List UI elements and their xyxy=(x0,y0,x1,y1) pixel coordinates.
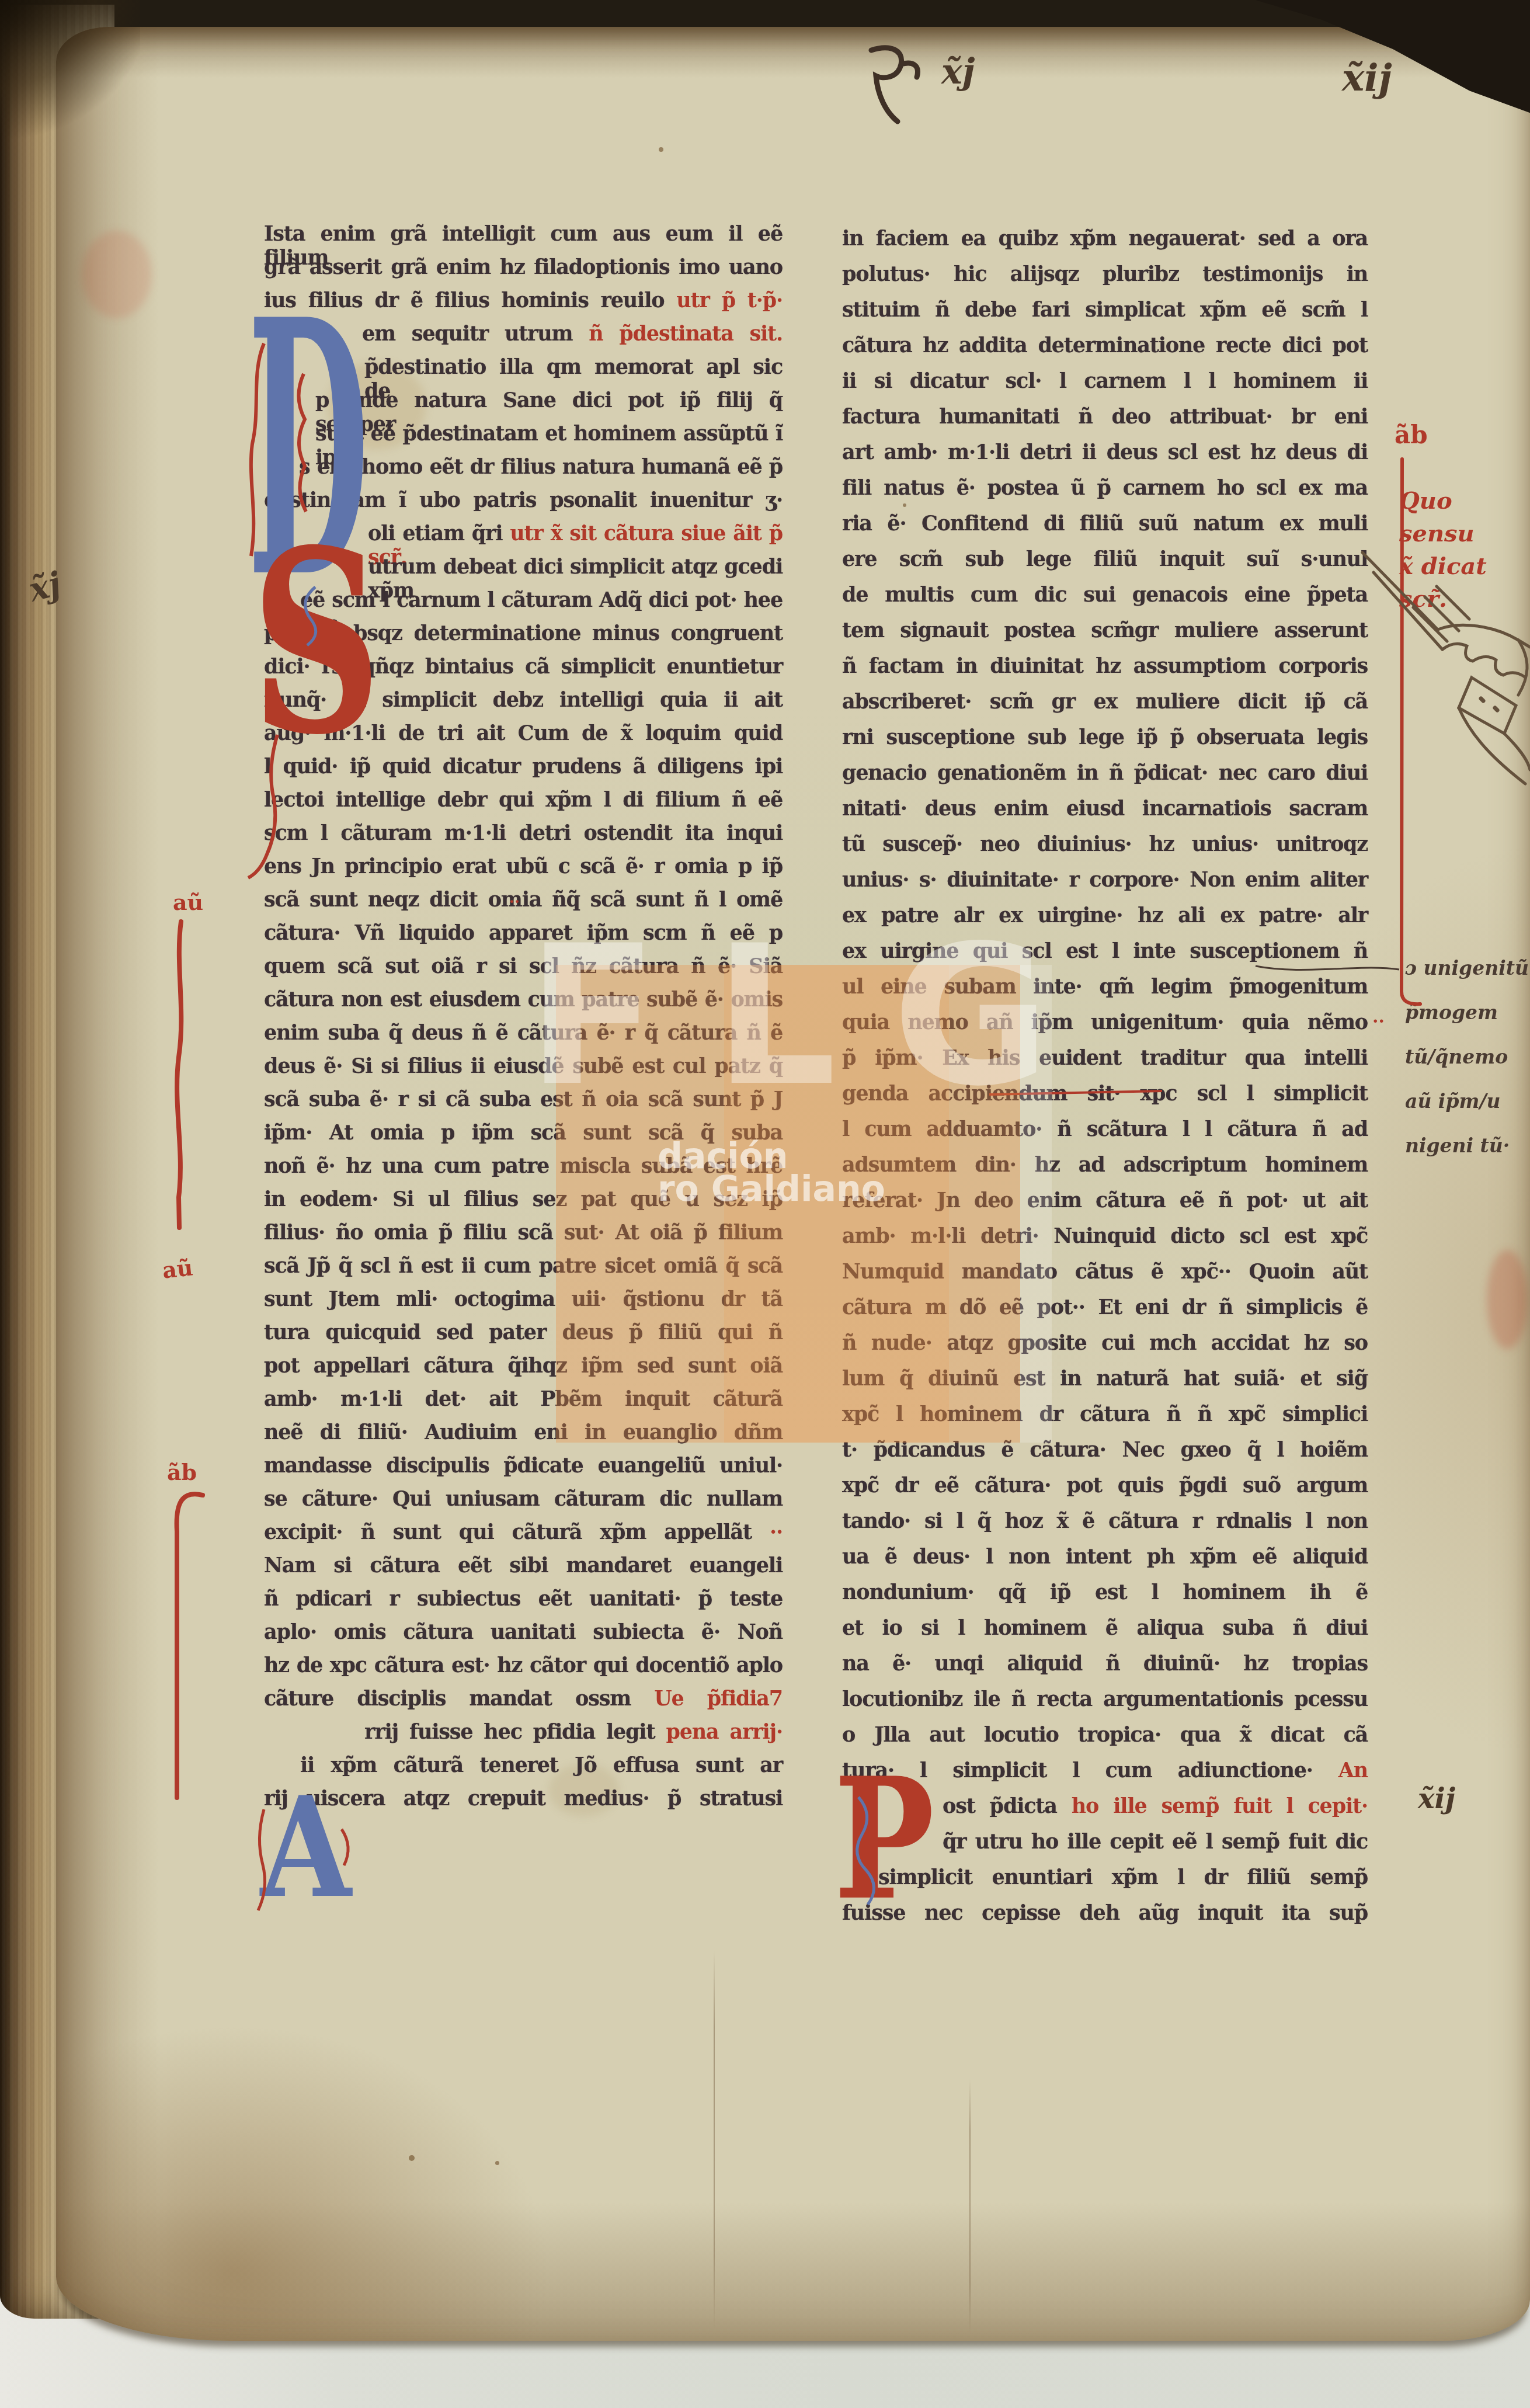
manuscript-line: ua ẽ deus· l non intent ph xp̃m eẽ aliqu… xyxy=(842,1545,1368,1580)
initial-S-red: S xyxy=(251,550,382,736)
body-text: tem signauit postea scm̃gr muliere asser… xyxy=(842,618,1368,642)
body-text: rni susceptione sub lege ip̃ p̃ obseruat… xyxy=(842,725,1368,749)
manuscript-line: mandasse discipulis p̃dicate euangeliũ u… xyxy=(264,1454,783,1487)
body-text: art amb· m·1·li detri ii deus scl est hz… xyxy=(842,440,1368,464)
manuscript-line: et io si l hominem ẽ aliqua suba ñ diui xyxy=(842,1616,1368,1652)
manuscript-photo: x̃j x̃ij x̃j x̃ij Ista enim grã intellig… xyxy=(0,0,1530,2408)
insertion-mark-red: ·· xyxy=(509,894,520,911)
body-text: q̃r utru ho ille cepit eẽ l semp̃ fuit d… xyxy=(943,1830,1368,1854)
margin-note-ab-right: ãb xyxy=(1395,421,1428,449)
red-edge-stain xyxy=(1487,1250,1528,1349)
body-text: rrij fuisse hec pfidia legit xyxy=(364,1720,666,1744)
manuscript-line: excipit· ñ sunt qui cãturã xp̃m appellãt… xyxy=(264,1520,783,1554)
manuscript-line: ñ pdicari r subiectus eẽt uanitati· p̃ t… xyxy=(264,1587,783,1620)
body-text: et io si l hominem ẽ aliqua suba ñ diui xyxy=(842,1616,1368,1640)
body-text: ñ factam in diuinitat hz assumptiom corp… xyxy=(842,654,1368,678)
manuscript-line: unius· s· diuinitate· r corpore· Non eni… xyxy=(842,868,1368,904)
show-through-stain xyxy=(82,231,152,318)
body-text: tando· si l q̃ hoz x̃ ẽ cãtura r rdnalis… xyxy=(842,1509,1368,1533)
body-text: Nam si cãtura eẽt sibi mandaret euangeli xyxy=(264,1554,783,1577)
manuscript-line: cãture disciplis mandat ossm Ue p̃fidia7 xyxy=(264,1687,783,1720)
margin-note-au-2: aũ xyxy=(161,1254,194,1283)
body-text: unius· s· diuinitate· r corpore· Non eni… xyxy=(842,868,1368,892)
margin-note-ab-left: ãb xyxy=(167,1459,197,1485)
rubric-red-text: Ue p̃fidia7 xyxy=(654,1687,783,1711)
manuscript-line: art amb· m·1·li detri ii deus scl est hz… xyxy=(842,440,1368,476)
manuscript-line: p̃mogem xyxy=(1405,991,1529,1035)
rubric-red-text: An xyxy=(1338,1759,1368,1782)
rubric-red-text: ñ p̃destinata sit. xyxy=(589,322,783,346)
initial-P-red: P xyxy=(834,1778,934,1902)
parchment-crease xyxy=(969,2079,971,2333)
manuscript-line: se cãture· Qui uniusam cãturam dic nulla… xyxy=(264,1487,783,1520)
manuscript-line: de multis cum dic sui genacois eine p̃pe… xyxy=(842,583,1368,618)
manuscript-line: t· p̃dicandus ẽ cãtura· Nec gxeo q̃ l ho… xyxy=(842,1438,1368,1474)
margin-gloss-red: Quo sensux̃ dicatscr̃. xyxy=(1399,485,1530,616)
body-text: nitati· deus enim eiusd incarnatiois sac… xyxy=(842,797,1368,821)
watermark-caption-2: ro Galdiano xyxy=(658,1173,885,1205)
body-text: ost p̃dicta xyxy=(943,1794,1072,1818)
body-text: se cãture· Qui uniusam cãturam dic nulla… xyxy=(264,1487,783,1511)
watermark-letters: FLG xyxy=(527,941,1106,1092)
folio-number-top-right: x̃ij xyxy=(1342,56,1392,100)
manuscript-line: na ẽ· unqi aliquid ñ diuinũ· hz tropias xyxy=(842,1652,1368,1687)
body-text: em sequitr utrum xyxy=(362,322,589,346)
body-text: ria ẽ· Confitend di filiũ suũ natum ex m… xyxy=(842,512,1368,536)
manuscript-line: Nam si cãtura eẽt sibi mandaret euangeli xyxy=(264,1554,783,1587)
manuscript-line: rrij fuisse hec pfidia legit pena arrij· xyxy=(264,1720,783,1753)
watermark-caption-1: dación xyxy=(658,1140,788,1173)
body-text: tũ suscep̃· neo diuinius· hz unius· unit… xyxy=(842,832,1368,856)
manuscript-line: Quo sensu xyxy=(1399,485,1530,550)
rubric-red-text: ·· xyxy=(770,1520,783,1544)
manuscript-line: ria ẽ· Confitend di filiũ suũ natum ex m… xyxy=(842,512,1368,547)
body-text: locutionibz ile ñ recta argumentationis … xyxy=(842,1687,1368,1711)
manuscript-line: aũ ip̃m/u xyxy=(1405,1079,1529,1124)
manuscript-line: xpc̃ dr eẽ cãtura· pot quis p̃gdi suõ ar… xyxy=(842,1474,1368,1509)
manuscript-line: rni susceptione sub lege ip̃ p̃ obseruat… xyxy=(842,725,1368,761)
body-text: scm l cãturam m·1·li detri ostendit ita … xyxy=(264,821,783,845)
manuscript-line: lectoi intellige debr qui xp̃m l di fili… xyxy=(264,788,783,821)
body-text: genacio genationẽm in ñ p̃dicat· nec car… xyxy=(842,761,1368,785)
body-text: aplo· omis cãtura uanitati subiecta ẽ· N… xyxy=(264,1620,783,1644)
body-text: lectoi intellige debr qui xp̃m l di fili… xyxy=(264,788,783,812)
body-text: ñ pdicari r subiectus eẽt uanitati· p̃ t… xyxy=(264,1587,783,1611)
manuscript-line: tũ suscep̃· neo diuinius· hz unius· unit… xyxy=(842,832,1368,868)
manuscript-line: scm l cãturam m·1·li detri ostendit ita … xyxy=(264,821,783,854)
body-text: ii si dicatur scl· l carnem l l hominem … xyxy=(842,369,1368,393)
manuscript-line: ere scm̃ sub lege filiũ inquit suĩ s·unu… xyxy=(842,547,1368,583)
manuscript-line: fili natus ẽ· postea ũ p̃ carnem ho scl … xyxy=(842,476,1368,512)
manuscript-line: tando· si l q̃ hoz x̃ ẽ cãtura r rdnalis… xyxy=(842,1509,1368,1545)
body-text: ens Jn principio erat ubũ c scã ẽ· r omi… xyxy=(264,854,783,878)
manuscript-line: ñ factam in diuinitat hz assumptiom corp… xyxy=(842,654,1368,690)
manuscript-line: locutionibz ile ñ recta argumentationis … xyxy=(842,1687,1368,1723)
body-text: oli etiam q̃ri xyxy=(368,522,510,545)
body-text: hz de xpc cãtura est· hz cãtor qui docen… xyxy=(264,1653,783,1677)
manuscript-line: nondunium· qq̃ ip̃ est l hominem ih ẽ xyxy=(842,1580,1368,1616)
manuscript-line: ii si dicatur scl· l carnem l l hominem … xyxy=(842,369,1368,405)
body-text: in faciem ea quibz xp̃m negauerat· sed a… xyxy=(842,227,1368,251)
body-text: ere scm̃ sub lege filiũ inquit suĩ s·unu… xyxy=(842,547,1368,571)
margin-note-au-1: aũ xyxy=(173,889,203,915)
body-text: nondunium· qq̃ ip̃ est l hominem ih ẽ xyxy=(842,1580,1368,1604)
dark-corner-top-left xyxy=(0,0,140,158)
manuscript-line: x̃ dicat xyxy=(1399,550,1530,583)
rubric-red-text: utr p̃ t·p̃· xyxy=(676,289,783,312)
manuscript-line: aplo· omis cãtura uanitati subiecta ẽ· N… xyxy=(264,1620,783,1653)
parchment-crease xyxy=(714,1951,715,2330)
manuscript-line: tũ/q̃nemo xyxy=(1405,1035,1529,1079)
ink-speck xyxy=(659,147,663,152)
manuscript-line: polutus· hic alijsqz pluribz testimonijs… xyxy=(842,262,1368,298)
body-text: stituim ñ debe fari simplicat xp̃m eẽ sc… xyxy=(842,298,1368,322)
body-text: abscriberet· scm̃ gr ex muliere dicit ip… xyxy=(842,690,1368,714)
body-text: simplicit enuntiari xp̃m l dr filiũ semp… xyxy=(878,1865,1368,1889)
body-text: ii xp̃m cãturã teneret Jõ effusa sunt ar xyxy=(300,1753,783,1777)
body-text: fili natus ẽ· postea ũ p̃ carnem ho scl … xyxy=(842,476,1368,500)
ink-speck xyxy=(409,2155,415,2161)
body-text: excipit· ñ sunt qui cãturã xp̃m appellãt xyxy=(264,1520,770,1544)
body-text: polutus· hic alijsqz pluribz testimonijs… xyxy=(842,262,1368,286)
body-text: factura humanitati ñ deo attribuat· br e… xyxy=(842,405,1368,429)
body-text: ua ẽ deus· l non intent ph xp̃m eẽ aliqu… xyxy=(842,1545,1368,1569)
body-text: s ens homo eẽt dr filius natura humanã e… xyxy=(299,455,783,479)
folio-number-bottom-right: x̃ij xyxy=(1418,1782,1455,1815)
folio-number-top-left: x̃j xyxy=(941,51,975,92)
body-text: cãtura hz addita determinatione recte di… xyxy=(842,333,1368,357)
body-text: cãture disciplis mandat ossm xyxy=(264,1687,654,1711)
manuscript-line: nigeni tũ· xyxy=(1405,1124,1529,1168)
manuscript-line: scr̃. xyxy=(1399,583,1530,616)
manuscript-line: in faciem ea quibz xp̃m negauerat· sed a… xyxy=(842,227,1368,262)
gloss-insertion-mark-red: ·· xyxy=(1372,1012,1385,1032)
margin-gloss-brown: ɔ unigenitũp̃mogemtũ/q̃nemoaũ ip̃m/unige… xyxy=(1405,946,1529,1168)
manuscript-line: ɔ unigenitũ xyxy=(1405,946,1529,991)
body-text: na ẽ· unqi aliquid ñ diuinũ· hz tropias xyxy=(842,1652,1368,1676)
ink-speck xyxy=(495,2161,499,2165)
manuscript-line: ens Jn principio erat ubũ c scã ẽ· r omi… xyxy=(264,854,783,888)
initial-A-blue: A xyxy=(260,1797,352,1899)
rubric-red-text: pena arrij· xyxy=(666,1720,783,1744)
manuscript-line: abscriberet· scm̃ gr ex muliere dicit ip… xyxy=(842,690,1368,725)
manuscript-line: tem signauit postea scm̃gr muliere asser… xyxy=(842,618,1368,654)
manuscript-line: stituim ñ debe fari simplicat xp̃m eẽ sc… xyxy=(842,298,1368,333)
manuscript-line: genacio genationẽm in ñ p̃dicat· nec car… xyxy=(842,761,1368,797)
body-text: de multis cum dic sui genacois eine p̃pe… xyxy=(842,583,1368,607)
manuscript-line: hz de xpc cãtura est· hz cãtor qui docen… xyxy=(264,1653,783,1687)
rubric-red-text: ho ille semp̃ fuit l cepit· xyxy=(1072,1794,1368,1818)
body-text: xpc̃ dr eẽ cãtura· pot quis p̃gdi suõ ar… xyxy=(842,1474,1368,1497)
body-text: mandasse discipulis p̃dicate euangeliũ u… xyxy=(264,1454,783,1478)
manuscript-line: cãtura hz addita determinatione recte di… xyxy=(842,333,1368,369)
manuscript-line: nitati· deus enim eiusd incarnatiois sac… xyxy=(842,797,1368,832)
manuscript-line: factura humanitati ñ deo attribuat· br e… xyxy=(842,405,1368,440)
